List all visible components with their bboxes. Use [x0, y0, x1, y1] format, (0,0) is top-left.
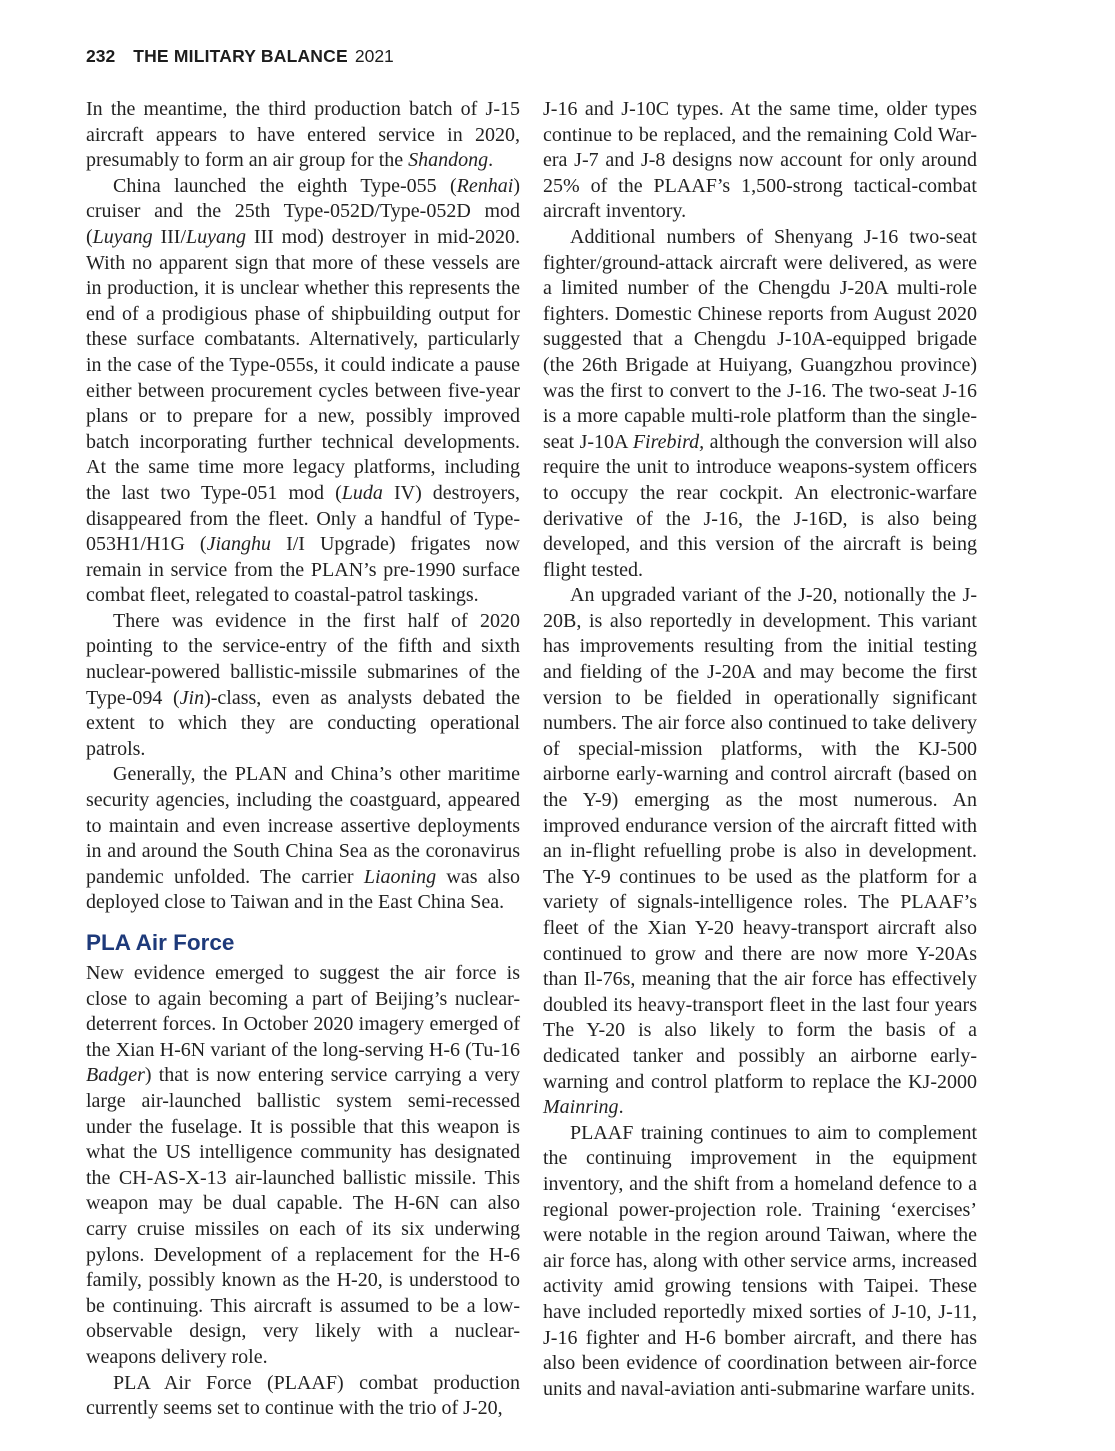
paragraph: China launched the eighth Type-055 (Renh… — [86, 174, 520, 609]
text-run: . — [488, 149, 493, 171]
italic-text-run: Shandong — [408, 149, 488, 171]
italic-text-run: Jianghu — [207, 533, 271, 555]
text-run: ) that is now entering service carrying … — [86, 1064, 520, 1368]
text-run: Additional numbers of Shenyang J-16 two-… — [543, 226, 977, 453]
page-number: 232 — [86, 46, 115, 67]
italic-text-run: Jin — [180, 687, 204, 709]
section-heading: PLA Air Force — [86, 929, 520, 956]
italic-text-run: Mainring — [543, 1096, 619, 1118]
text-run: . — [619, 1096, 624, 1118]
paragraph: There was evidence in the first half of … — [86, 609, 520, 763]
text-columns: In the meantime, the third production ba… — [86, 97, 978, 1422]
document-page: 232 THE MILITARY BALANCE 2021 In the mea… — [0, 0, 1115, 1451]
italic-text-run: Firebird, — [633, 431, 704, 453]
paragraph: PLA Air Force (PLAAF) combat production … — [86, 1371, 520, 1422]
column-right: J-16 and J-10C types. At the same time, … — [543, 97, 977, 1422]
running-header: 232 THE MILITARY BALANCE 2021 — [86, 46, 394, 67]
text-run: III/ — [153, 226, 186, 248]
text-run: although the conversion will also requir… — [543, 431, 977, 581]
text-run: China launched the eighth Type-055 ( — [113, 175, 457, 197]
text-run: III mod) destroyer in mid-2020. With no … — [86, 226, 520, 504]
italic-text-run: Luda — [342, 482, 383, 504]
italic-text-run: Luyang — [186, 226, 246, 248]
paragraph: In the meantime, the third production ba… — [86, 97, 520, 174]
italic-text-run: Luyang — [93, 226, 153, 248]
text-run: PLAAF training continues to aim to compl… — [543, 1122, 977, 1400]
italic-text-run: Renhai — [457, 175, 514, 197]
paragraph: New evidence emerged to suggest the air … — [86, 961, 520, 1371]
book-title: THE MILITARY BALANCE — [133, 46, 348, 67]
text-run: PLA Air Force (PLAAF) combat production … — [86, 1372, 520, 1420]
paragraph: Additional numbers of Shenyang J-16 two-… — [543, 225, 977, 583]
text-run: An upgraded variant of the J-20, notiona… — [543, 584, 977, 1092]
column-left: In the meantime, the third production ba… — [86, 97, 520, 1422]
paragraph: PLAAF training continues to aim to compl… — [543, 1121, 977, 1403]
paragraph: An upgraded variant of the J-20, notiona… — [543, 583, 977, 1120]
italic-text-run: Liaoning — [364, 866, 436, 888]
text-run: J-16 and J-10C types. At the same time, … — [543, 98, 977, 222]
paragraph: Generally, the PLAN and China’s other ma… — [86, 762, 520, 916]
text-run: New evidence emerged to suggest the air … — [86, 962, 520, 1061]
book-year: 2021 — [355, 46, 394, 67]
paragraph: J-16 and J-10C types. At the same time, … — [543, 97, 977, 225]
italic-text-run: Badger — [86, 1064, 145, 1086]
